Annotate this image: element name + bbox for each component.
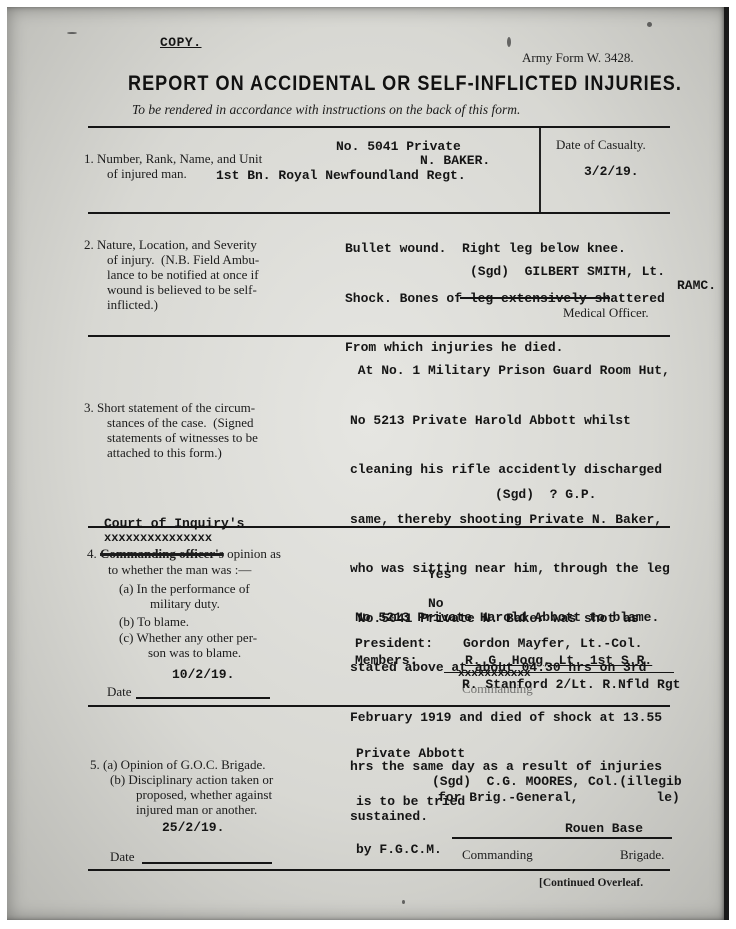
- section-divider: [88, 126, 670, 128]
- goc-signature-line2: for Brig.-General, le): [438, 790, 680, 807]
- signature-line: [452, 837, 672, 839]
- label-b-line: (b) Disciplinary action taken or: [110, 772, 273, 787]
- section4-label-rest: opinion as: [227, 546, 281, 561]
- ink-speck: [402, 900, 405, 904]
- date-line: [136, 697, 270, 699]
- struck-commanding: Commanding: [462, 681, 533, 696]
- medical-officer-signature: (Sgd) GILBERT SMITH, Lt.: [470, 264, 665, 281]
- section2-label-line: lance to be notified at once if: [84, 267, 319, 282]
- section1-label-line2: of injured man.: [107, 166, 187, 181]
- section4-label-line2: to whether the man was :—: [108, 562, 251, 577]
- section-divider: [88, 869, 670, 871]
- medical-officer-title: Medical Officer.: [563, 305, 649, 320]
- section5-date-value: 25/2/19.: [162, 820, 224, 837]
- members-label: Members:: [355, 653, 417, 670]
- goc-signature-line1: (Sgd) C.G. MOORES, Col.(illegib: [432, 774, 682, 791]
- label-b-line: proposed, whether against: [110, 787, 273, 802]
- item-c-line2: son was to blame.: [148, 645, 241, 660]
- section4-date-value: 10/2/19.: [172, 667, 234, 684]
- section5-label-b: (b) Disciplinary action taken or propose…: [110, 772, 273, 817]
- continued-overleaf: [Continued Overleaf.: [539, 877, 643, 889]
- brigade-name: Rouen Base: [565, 821, 643, 838]
- section2-label: 2. Nature, Location, and Severity of inj…: [84, 237, 319, 312]
- statement-line: No 5213 Private Harold Abbott whilst: [350, 413, 670, 430]
- section2-value-line: Bullet wound. Right leg below knee.: [345, 241, 665, 258]
- item-c-line1: (c) Whether any other per-: [119, 630, 257, 645]
- answer-a: Yes: [428, 567, 451, 584]
- president-label: President:: [355, 636, 433, 653]
- answer-c: No 5213 Private Harold Abbott to blame.: [355, 610, 659, 627]
- members-line: [444, 672, 674, 673]
- strike-marks: xxxxxxxxxxxxxxx: [104, 530, 212, 547]
- section5-date-label: Date: [110, 849, 135, 864]
- section5-label-a: 5. (a) Opinion of G.O.C. Brigade.: [90, 757, 265, 772]
- signature-line: [460, 297, 610, 299]
- section3-label-line: 3. Short statement of the circum-: [84, 400, 258, 415]
- opinion-line: Private Abbott: [356, 746, 465, 761]
- section1-label-line1: 1. Number, Rank, Name, and Unit: [84, 151, 262, 166]
- item-a-line1: (a) In the performance of: [119, 581, 250, 596]
- statement-line: cleaning his rifle accidently discharged: [350, 462, 670, 479]
- section3-label: 3. Short statement of the circum- stance…: [84, 400, 258, 460]
- section4-date-label: Date: [107, 684, 132, 699]
- president-value: Gordon Mayfer, Lt.-Col.: [463, 636, 642, 653]
- section3-label-line: statements of witnesses to be: [84, 430, 258, 445]
- brigade-label: Brigade.: [620, 847, 664, 862]
- column-divider: [539, 128, 541, 214]
- statement-line: who was sitting near him, through the le…: [350, 561, 670, 578]
- item-b: (b) To blame.: [119, 614, 189, 629]
- statement-line: At No. 1 Military Prison Guard Room Hut,: [350, 363, 670, 380]
- section2-label-line: 2. Nature, Location, and Severity: [84, 237, 319, 252]
- page-title: REPORT ON ACCIDENTAL OR SELF-INFLICTED I…: [128, 72, 682, 96]
- section3-label-line: attached to this form.): [84, 445, 258, 460]
- section3-label-line: stances of the case. (Signed: [84, 415, 258, 430]
- section4-label-line1: 4. Commanding officer's opinion as: [87, 546, 281, 561]
- section2-label-line: of injury. (N.B. Field Ambu-: [84, 252, 319, 267]
- section2-label-line: inflicted.): [84, 297, 319, 312]
- struck-commanding-officer: Commanding officer's: [100, 546, 224, 561]
- label-b-line: injured man or another.: [110, 802, 273, 817]
- item-a-line2: military duty.: [150, 596, 220, 611]
- ink-speck: [647, 22, 652, 27]
- ink-speck: [507, 37, 511, 47]
- section2-label-line: wound is believed to be self-: [84, 282, 319, 297]
- date-of-casualty-value: 3/2/19.: [584, 164, 639, 181]
- date-of-casualty-label: Date of Casualty.: [556, 137, 646, 152]
- medical-officer-unit: RAMC.: [677, 278, 716, 295]
- section-divider: [88, 705, 670, 707]
- page-subtitle: To be rendered in accordance with instru…: [132, 102, 520, 118]
- section1-value-line3: 1st Bn. Royal Newfoundland Regt.: [216, 168, 466, 185]
- date-line: [142, 862, 272, 864]
- form-number: Army Form W. 3428.: [522, 50, 634, 66]
- ink-speck: [67, 32, 77, 34]
- opinion-line: by F.G.C.M.: [356, 842, 465, 857]
- section3-signature: (Sgd) ? G.P.: [495, 487, 596, 504]
- commanding-label: Commanding: [462, 847, 533, 862]
- copy-label: COPY.: [160, 35, 202, 50]
